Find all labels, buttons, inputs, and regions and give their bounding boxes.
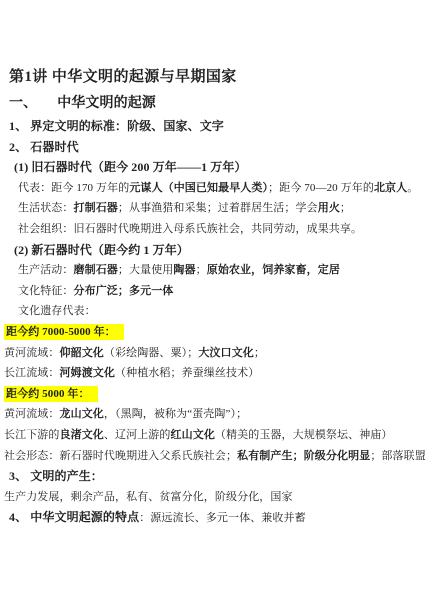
item-stone-age: 2、 石器时代 bbox=[0, 137, 433, 158]
new-stone-production: 生产活动：磨制石器；大量使用陶器；原始农业，饲养家畜，定居 bbox=[0, 260, 433, 281]
section-heading: 一、中华文明的起源 bbox=[0, 91, 433, 116]
old-stone-lifestyle: 生活状态：打制石器；从事渔猎和采集；过着群居生活；学会用火； bbox=[0, 198, 433, 219]
liangzhu-hongshan-line: 长江下游的良渚文化、辽河上游的红山文化（精美的玉器，大规模祭坛、神庙） bbox=[0, 425, 433, 446]
item-origin-characteristics: 4、 中华文明起源的特点：源远流长、多元一体、兼收并蓄 bbox=[0, 507, 433, 529]
highlight-label: 距今约 5000 年： bbox=[4, 386, 98, 402]
section-number: 一、 bbox=[9, 96, 37, 111]
period1-yellow-river-line: 黄河流域：仰韶文化（彩绘陶器、粟）；大汶口文化； bbox=[0, 343, 433, 364]
item-civilization-criteria: 1、 界定文明的标准：阶级、国家、文字 bbox=[0, 116, 433, 137]
item-civilization-emergence: 3、 文明的产生： bbox=[0, 466, 433, 487]
civilization-emergence-body: 生产力发展，剩余产品，私有、贫富分化，阶级分化，国家 bbox=[0, 487, 433, 508]
period-5000-line: 距今约 5000 年： bbox=[0, 384, 433, 405]
new-stone-age-heading: (2) 新石器时代（距今约 1 万年） bbox=[0, 240, 433, 261]
period1-yangtze-line: 长江流域：河姆渡文化（种植水稻；养蚕缫丝技术） bbox=[0, 363, 433, 384]
highlight-label: 距今约 7000-5000 年： bbox=[4, 324, 124, 340]
doc-title-text: 第1讲 中华文明的起源与早期国家 bbox=[9, 69, 237, 85]
social-form-line: 社会形态：新石器时代晚期进入父系氏族社会；私有制产生；阶级分化明显；部落联盟 bbox=[0, 446, 433, 467]
period2-yellow-river-line: 黄河流域：龙山文化，（黑陶，被称为“蛋壳陶”）； bbox=[0, 404, 433, 425]
old-stone-social-organization: 社会组织：旧石器时代晚期进入母系氏族社会，共同劳动，成果共享。 bbox=[0, 219, 433, 240]
doc-title: 第1讲 中华文明的起源与早期国家 bbox=[0, 64, 433, 91]
new-stone-culture-features: 文化特征：分布广泛；多元一体 bbox=[0, 281, 433, 302]
section-label: 中华文明的起源 bbox=[57, 96, 156, 111]
period-7000-5000-line: 距今约 7000-5000 年： bbox=[0, 322, 433, 343]
old-stone-age-heading: (1) 旧石器时代（距今 200 万年——1 万年） bbox=[0, 157, 433, 178]
old-stone-representatives: 代表：距今 170 万年的元谋人（中国已知最早人类）；距今 70—20 万年的北… bbox=[0, 178, 433, 199]
culture-relics-label: 文化遗存代表： bbox=[0, 301, 433, 322]
document-page: 第1讲 中华文明的起源与早期国家 一、中华文明的起源 1、 界定文明的标准：阶级… bbox=[0, 0, 433, 600]
